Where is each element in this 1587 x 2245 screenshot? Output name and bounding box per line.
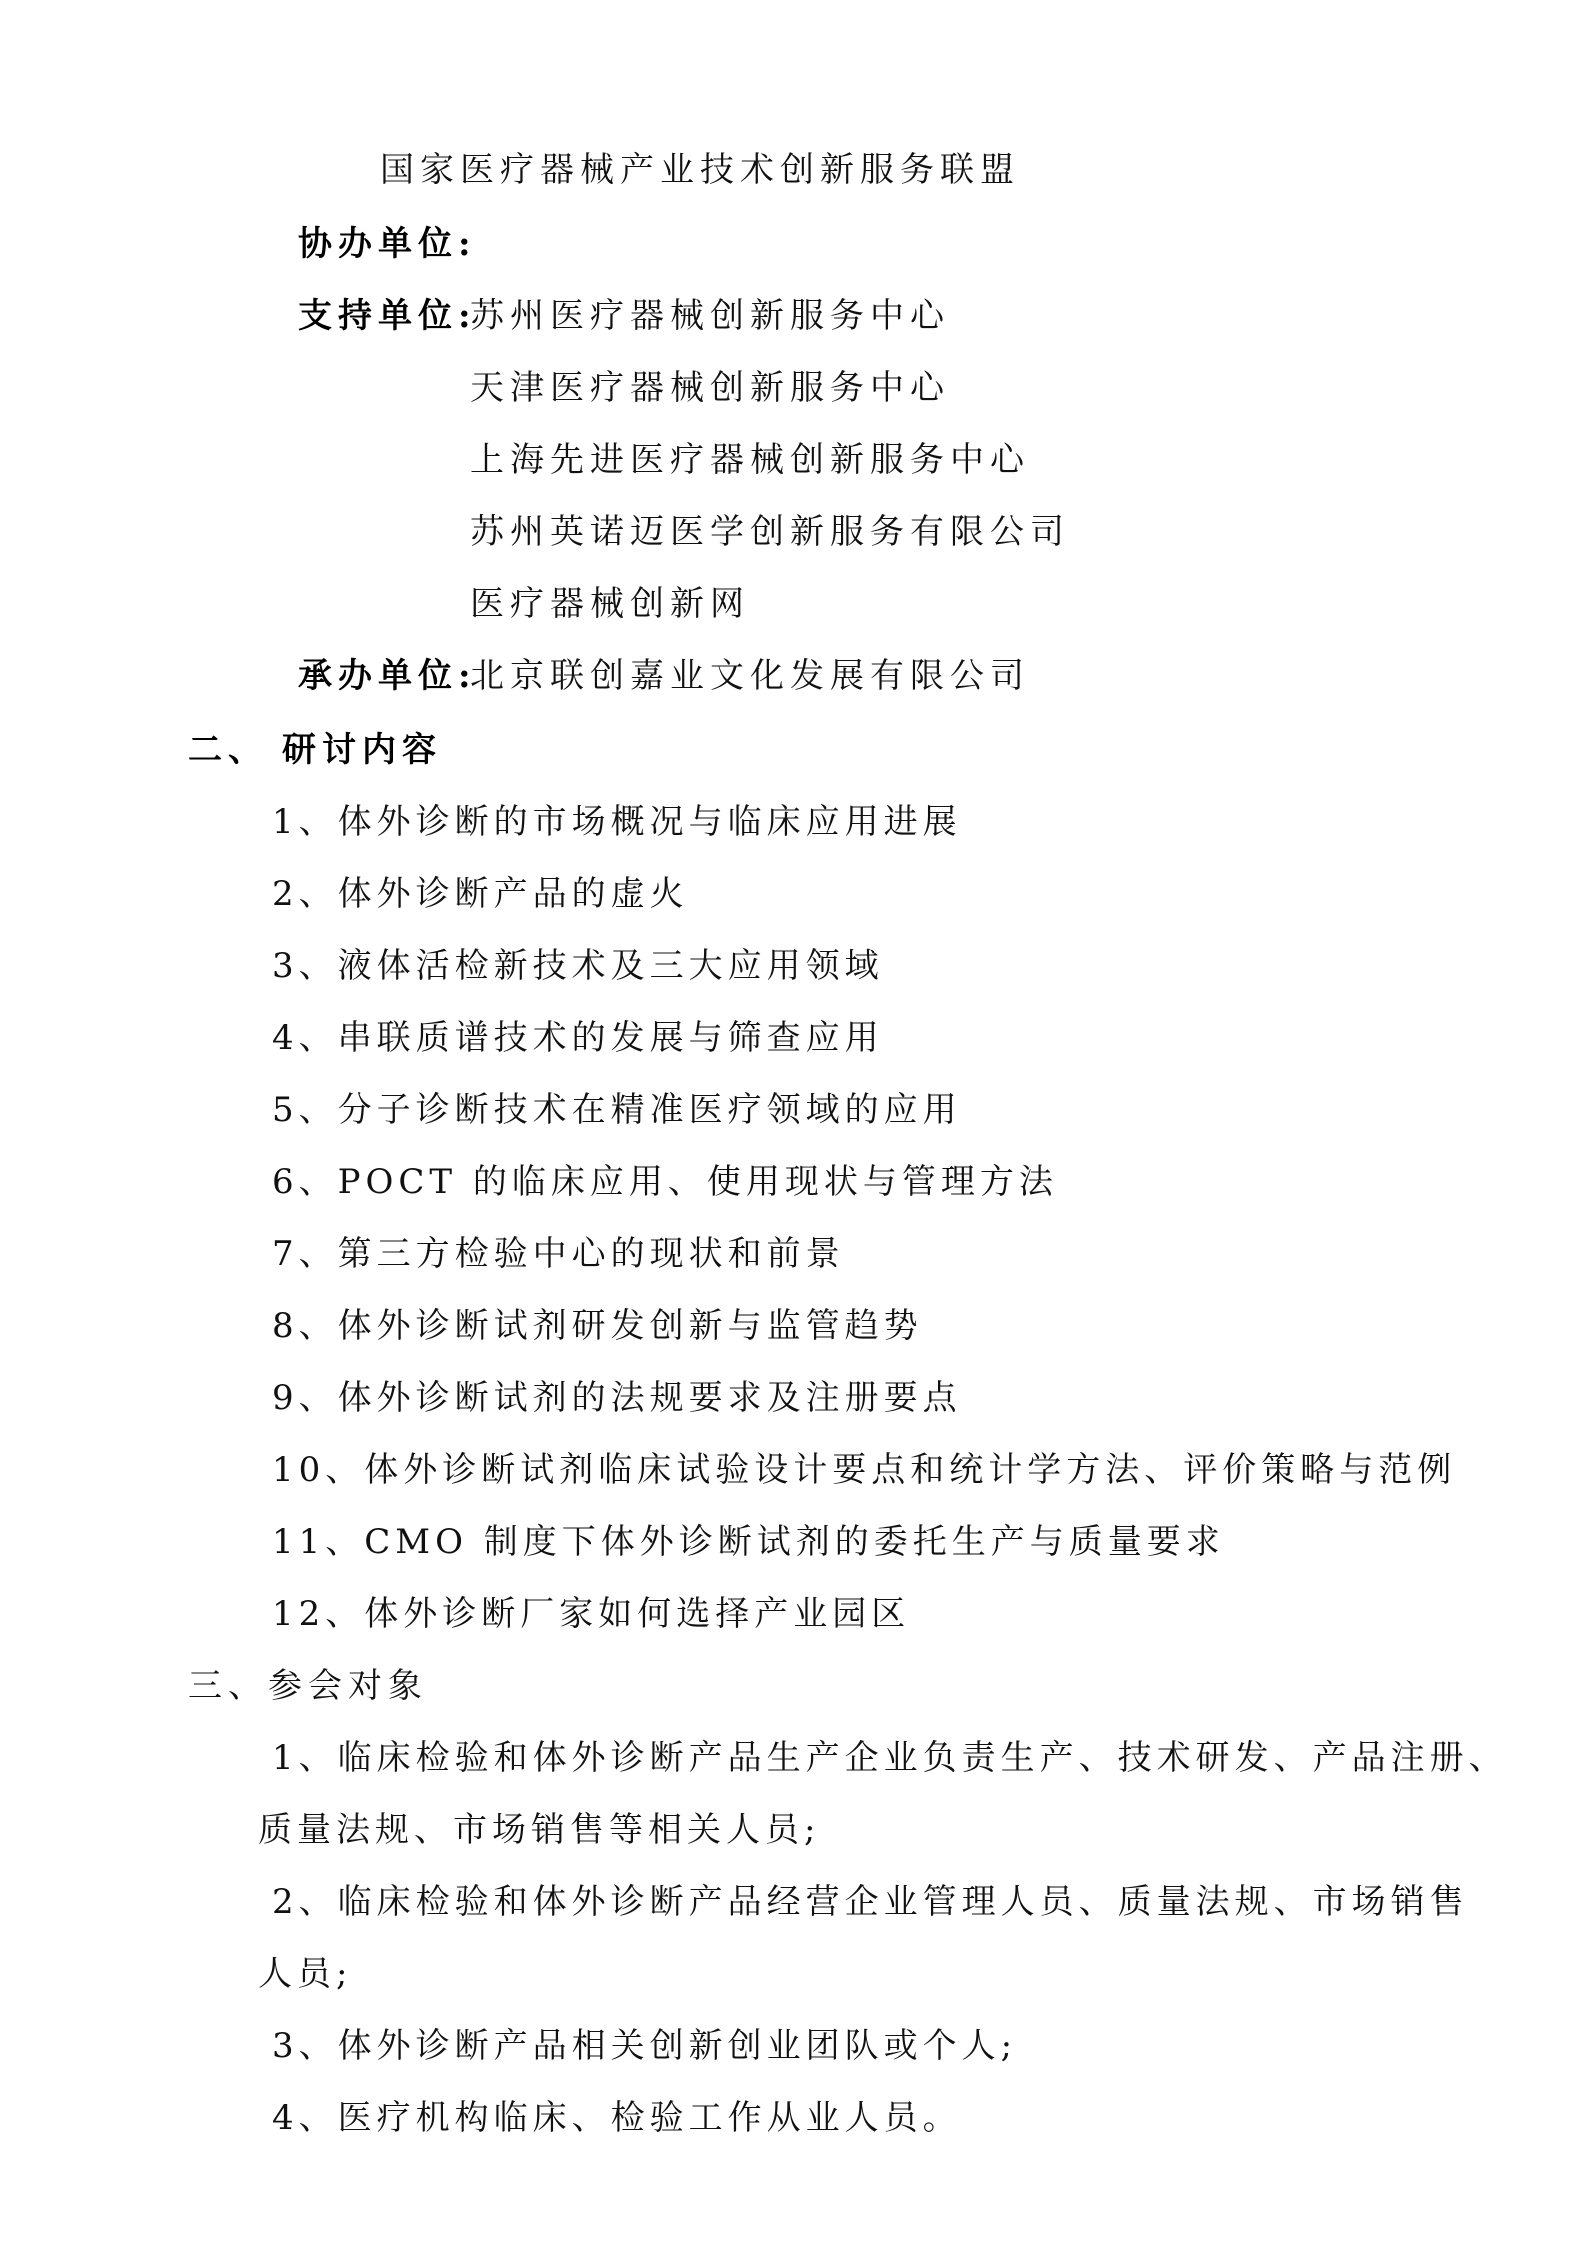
topic-item: 9、体外诊断试剂的法规要求及注册要点 [272,1376,962,1420]
topic-item: 3、液体活检新技术及三大应用领域 [272,944,884,988]
topic-item: 8、体外诊断试剂研发创新与监管趋势 [272,1304,923,1348]
audience-item: 3、体外诊断产品相关创新创业团队或个人; [272,2024,1017,2068]
support-label: 支持单位: [298,294,477,338]
undertaker-name: 北京联创嘉业文化发展有限公司 [470,654,1030,698]
topic-item: 5、分子诊断技术在精准医疗领域的应用 [272,1088,962,1132]
host-organization: 国家医疗器械产业技术创新服务联盟 [380,148,1020,192]
section2-number: 二、 [188,728,268,772]
section2-title: 研讨内容 [282,728,442,772]
section3-title: 三、参会对象 [188,1664,428,1708]
topic-item: 11、CMO 制度下体外诊断试剂的委托生产与质量要求 [272,1520,1225,1564]
support-unit: 天津医疗器械创新服务中心 [470,366,950,410]
topic-item: 10、体外诊断试剂临床试验设计要点和统计学方法、评价策略与范例 [272,1448,1456,1492]
topic-item: 7、第三方检验中心的现状和前景 [272,1232,845,1276]
audience-item-continuation: 人员; [258,1952,352,1996]
support-unit: 上海先进医疗器械创新服务中心 [470,438,1030,482]
support-unit: 医疗器械创新网 [470,582,750,626]
topic-item: 4、串联质谱技术的发展与筛查应用 [272,1016,884,1060]
audience-item-continuation: 质量法规、市场销售等相关人员; [258,1808,820,1852]
topic-item: 12、体外诊断厂家如何选择产业园区 [272,1592,910,1636]
support-unit: 苏州英诺迈医学创新服务有限公司 [470,510,1070,554]
co-organizer-label: 协办单位: [298,222,477,266]
topic-item: 6、POCT 的临床应用、使用现状与管理方法 [272,1160,1058,1204]
undertaker-label: 承办单位: [298,654,477,698]
support-unit: 苏州医疗器械创新服务中心 [470,294,950,338]
topic-item: 1、体外诊断的市场概况与临床应用进展 [272,800,962,844]
topic-item: 2、体外诊断产品的虚火 [272,872,689,916]
audience-item: 1、临床检验和体外诊断产品生产企业负责生产、技术研发、产品注册、 [272,1736,1508,1780]
audience-item: 2、临床检验和体外诊断产品经营企业管理人员、质量法规、市场销售 [272,1880,1469,1924]
audience-item: 4、医疗机构临床、检验工作从业人员。 [272,2096,962,2140]
